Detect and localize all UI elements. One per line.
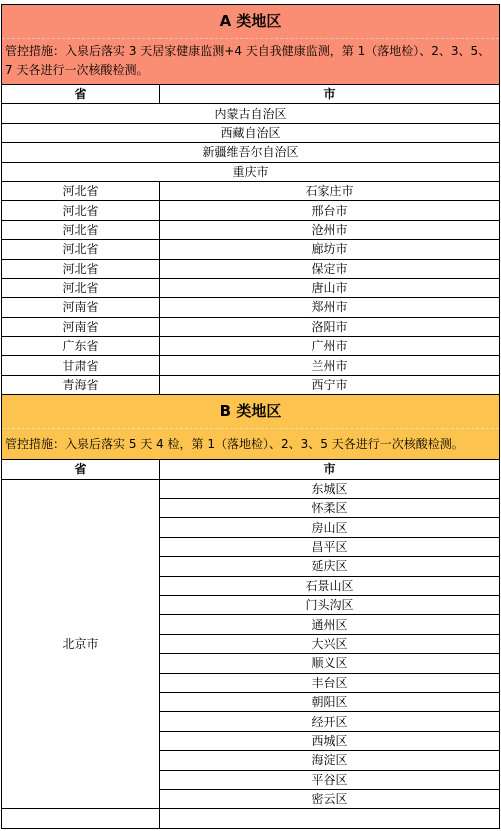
city-cell: 沧州市 (160, 220, 500, 239)
city-cell: 洛阳市 (160, 317, 500, 336)
table-row: 河北省邢台市 (2, 201, 500, 220)
province-cell: 河北省 (2, 259, 160, 278)
table-row: 西藏自治区 (2, 123, 500, 142)
city-cell (160, 809, 500, 828)
column-header-province: 省 (2, 460, 160, 479)
province-cell: 河北省 (2, 220, 160, 239)
region-cell: 新疆维吾尔自治区 (2, 143, 500, 162)
table-row: 广东省广州市 (2, 337, 500, 356)
province-cell: 河北省 (2, 240, 160, 259)
province-cell: 河北省 (2, 278, 160, 297)
district-cell: 密云区 (160, 789, 500, 808)
region-cell: 内蒙古自治区 (2, 104, 500, 123)
table-row: 河北省廊坊市 (2, 240, 500, 259)
district-cell: 大兴区 (160, 634, 500, 653)
district-cell: 平谷区 (160, 770, 500, 789)
province-cell (2, 809, 160, 828)
table-row: 河南省洛阳市 (2, 317, 500, 336)
district-cell: 朝阳区 (160, 692, 500, 711)
table-row: 北京市 东城区 (2, 479, 500, 498)
column-header-province: 省 (2, 85, 160, 104)
city-cell: 郑州市 (160, 298, 500, 317)
district-cell: 丰台区 (160, 673, 500, 692)
section-b-column-header: 省 市 (2, 460, 500, 479)
city-cell: 西宁市 (160, 375, 500, 394)
district-cell: 海淀区 (160, 751, 500, 770)
province-cell: 河北省 (2, 181, 160, 200)
district-cell: 怀柔区 (160, 499, 500, 518)
district-cell: 东城区 (160, 479, 500, 498)
table-row: 甘肃省兰州市 (2, 356, 500, 375)
province-cell: 河南省 (2, 317, 160, 336)
table-row: 河北省沧州市 (2, 220, 500, 239)
table-row: 重庆市 (2, 162, 500, 181)
section-a-measures: 管控措施：入泉后落实 3 天居家健康监测+4 天自我健康监测，第 1（落地检）、… (2, 39, 500, 85)
city-cell: 兰州市 (160, 356, 500, 375)
city-cell: 广州市 (160, 337, 500, 356)
table-row: 新疆维吾尔自治区 (2, 143, 500, 162)
city-cell: 石家庄市 (160, 181, 500, 200)
section-b-measures: 管控措施：入泉后落实 5 天 4 检，第 1（落地检）、2、3、5 天各进行一次… (2, 429, 500, 460)
section-a-title: A 类地区 (2, 5, 500, 39)
section-b-measures-row: 管控措施：入泉后落实 5 天 4 检，第 1（落地检）、2、3、5 天各进行一次… (2, 429, 500, 460)
risk-area-table: A 类地区 管控措施：入泉后落实 3 天居家健康监测+4 天自我健康监测，第 1… (1, 4, 500, 829)
province-cell: 广东省 (2, 337, 160, 356)
district-cell: 通州区 (160, 615, 500, 634)
section-a-measures-row: 管控措施：入泉后落实 3 天居家健康监测+4 天自我健康监测，第 1（落地检）、… (2, 39, 500, 85)
table-row: 河北省保定市 (2, 259, 500, 278)
table-row-partial (2, 809, 500, 828)
city-cell: 邢台市 (160, 201, 500, 220)
district-cell: 昌平区 (160, 537, 500, 556)
section-a-title-row: A 类地区 (2, 5, 500, 39)
risk-area-document: A 类地区 管控措施：入泉后落实 3 天居家健康监测+4 天自我健康监测，第 1… (1, 4, 499, 829)
city-cell: 保定市 (160, 259, 500, 278)
province-cell: 青海省 (2, 375, 160, 394)
table-row: 青海省西宁市 (2, 375, 500, 394)
province-cell-beijing: 北京市 (2, 479, 160, 809)
table-row: 河北省唐山市 (2, 278, 500, 297)
table-row: 内蒙古自治区 (2, 104, 500, 123)
district-cell: 石景山区 (160, 576, 500, 595)
district-cell: 门头沟区 (160, 595, 500, 614)
table-row: 河北省石家庄市 (2, 181, 500, 200)
district-cell: 顺义区 (160, 654, 500, 673)
province-cell: 河南省 (2, 298, 160, 317)
region-cell: 重庆市 (2, 162, 500, 181)
table-row: 河南省郑州市 (2, 298, 500, 317)
region-cell: 西藏自治区 (2, 123, 500, 142)
city-cell: 廊坊市 (160, 240, 500, 259)
district-cell: 经开区 (160, 712, 500, 731)
district-cell: 房山区 (160, 518, 500, 537)
column-header-city: 市 (160, 460, 500, 479)
province-cell: 河北省 (2, 201, 160, 220)
column-header-city: 市 (160, 85, 500, 104)
city-cell: 唐山市 (160, 278, 500, 297)
district-cell: 西城区 (160, 731, 500, 750)
section-b-title-row: B 类地区 (2, 395, 500, 429)
district-cell: 延庆区 (160, 557, 500, 576)
province-cell: 甘肃省 (2, 356, 160, 375)
section-a-column-header: 省 市 (2, 85, 500, 104)
section-b-title: B 类地区 (2, 395, 500, 429)
